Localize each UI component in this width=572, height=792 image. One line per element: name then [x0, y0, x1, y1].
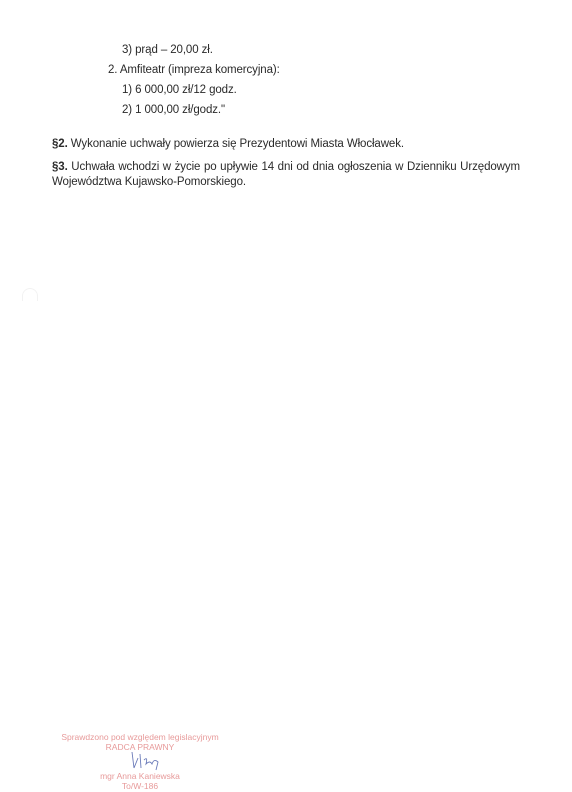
section-3-text: Uchwała wchodzi w życie po upływie 14 dn…	[68, 161, 520, 173]
list-subitem-1: 1) 6 000,00 zł/12 godz.	[122, 83, 237, 97]
stamp-checked-label: Sprawdzono pod względem legislacyjnym	[40, 732, 240, 742]
signature-icon	[128, 750, 168, 772]
section-3-paragraph-line2: Województwa Kujawsko-Pomorskiego.	[52, 175, 246, 189]
list-subitem-2: 2) 1 000,00 zł/godz."	[122, 103, 225, 117]
list-item-amphitheatre: 2. Amfiteatr (impreza komercyjna):	[108, 63, 280, 77]
list-item-current: 3) prąd – 20,00 zł.	[122, 43, 213, 57]
stamp-name: mgr Anna Kaniewska	[40, 771, 240, 781]
section-3-paragraph-line1: §3. Uchwała wchodzi w życie po upływie 1…	[52, 160, 520, 174]
margin-mark	[22, 288, 38, 301]
section-2-text: Wykonanie uchwały powierza się Prezydent…	[68, 138, 404, 150]
stamp-id: To/W-186	[40, 781, 240, 791]
section-3-marker: §3.	[52, 161, 68, 173]
section-2-paragraph: §2. Wykonanie uchwały powierza się Prezy…	[52, 137, 404, 151]
section-2-marker: §2.	[52, 138, 68, 150]
